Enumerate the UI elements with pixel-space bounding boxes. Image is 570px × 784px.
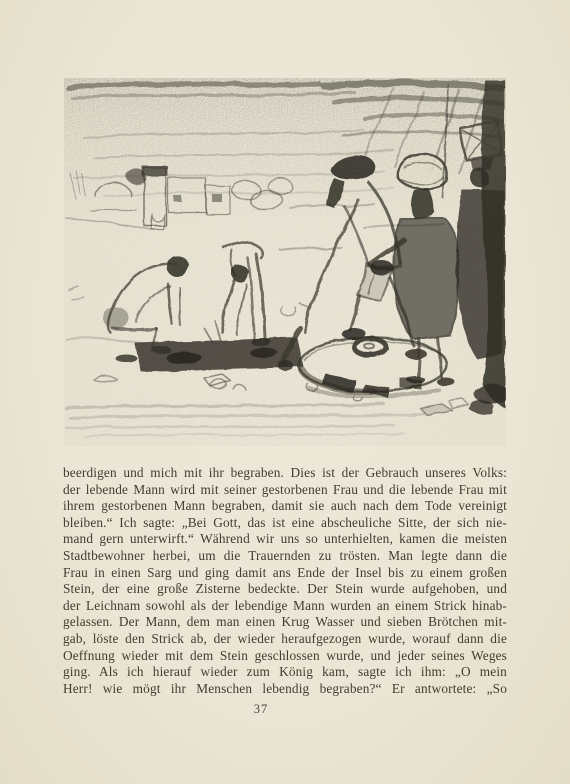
body-text: beerdigen und mich mit ihr begraben. Die… [63,465,507,697]
text-line: ihrem gestorbenen Mann begraben, damit s… [63,498,507,515]
text-line: der lebende Mann wird mit seiner gestorb… [63,482,507,499]
text-line: beerdigen und mich mit ihr begraben. Die… [63,465,507,482]
text-line: der Leichnam sowohl als der lebendige Ma… [63,598,507,615]
paper-grain [64,78,506,446]
page-number: 37 [246,702,276,717]
text-line: Frau in einen Sarg und ging damit ans En… [63,565,507,582]
text-line: Stein, der eine große Zisterne bedeckte.… [63,581,507,598]
text-line: Herr! wie mögt ihr Menschen lebendig beg… [63,681,507,698]
lithograph-illustration [64,78,506,446]
text-line: Oeffnung wieder mit dem Stein geschlosse… [63,648,507,665]
text-line: bleiben.“ Ich sagte: „Bei Gott, das ist … [63,515,507,532]
text-line: mand gern unterwirft.“ Während wir uns s… [63,531,507,548]
text-line: ging. Als ich hierauf wieder zum König k… [63,664,507,681]
text-line: Stadtbewohner herbei, um die Trauernden … [63,548,507,565]
text-line: gab, löste den Strick ab, der wieder her… [63,631,507,648]
text-line: gelassen. Der Mann, dem man einen Krug W… [63,614,507,631]
book-page: beerdigen und mich mit ihr begraben. Die… [0,0,570,784]
